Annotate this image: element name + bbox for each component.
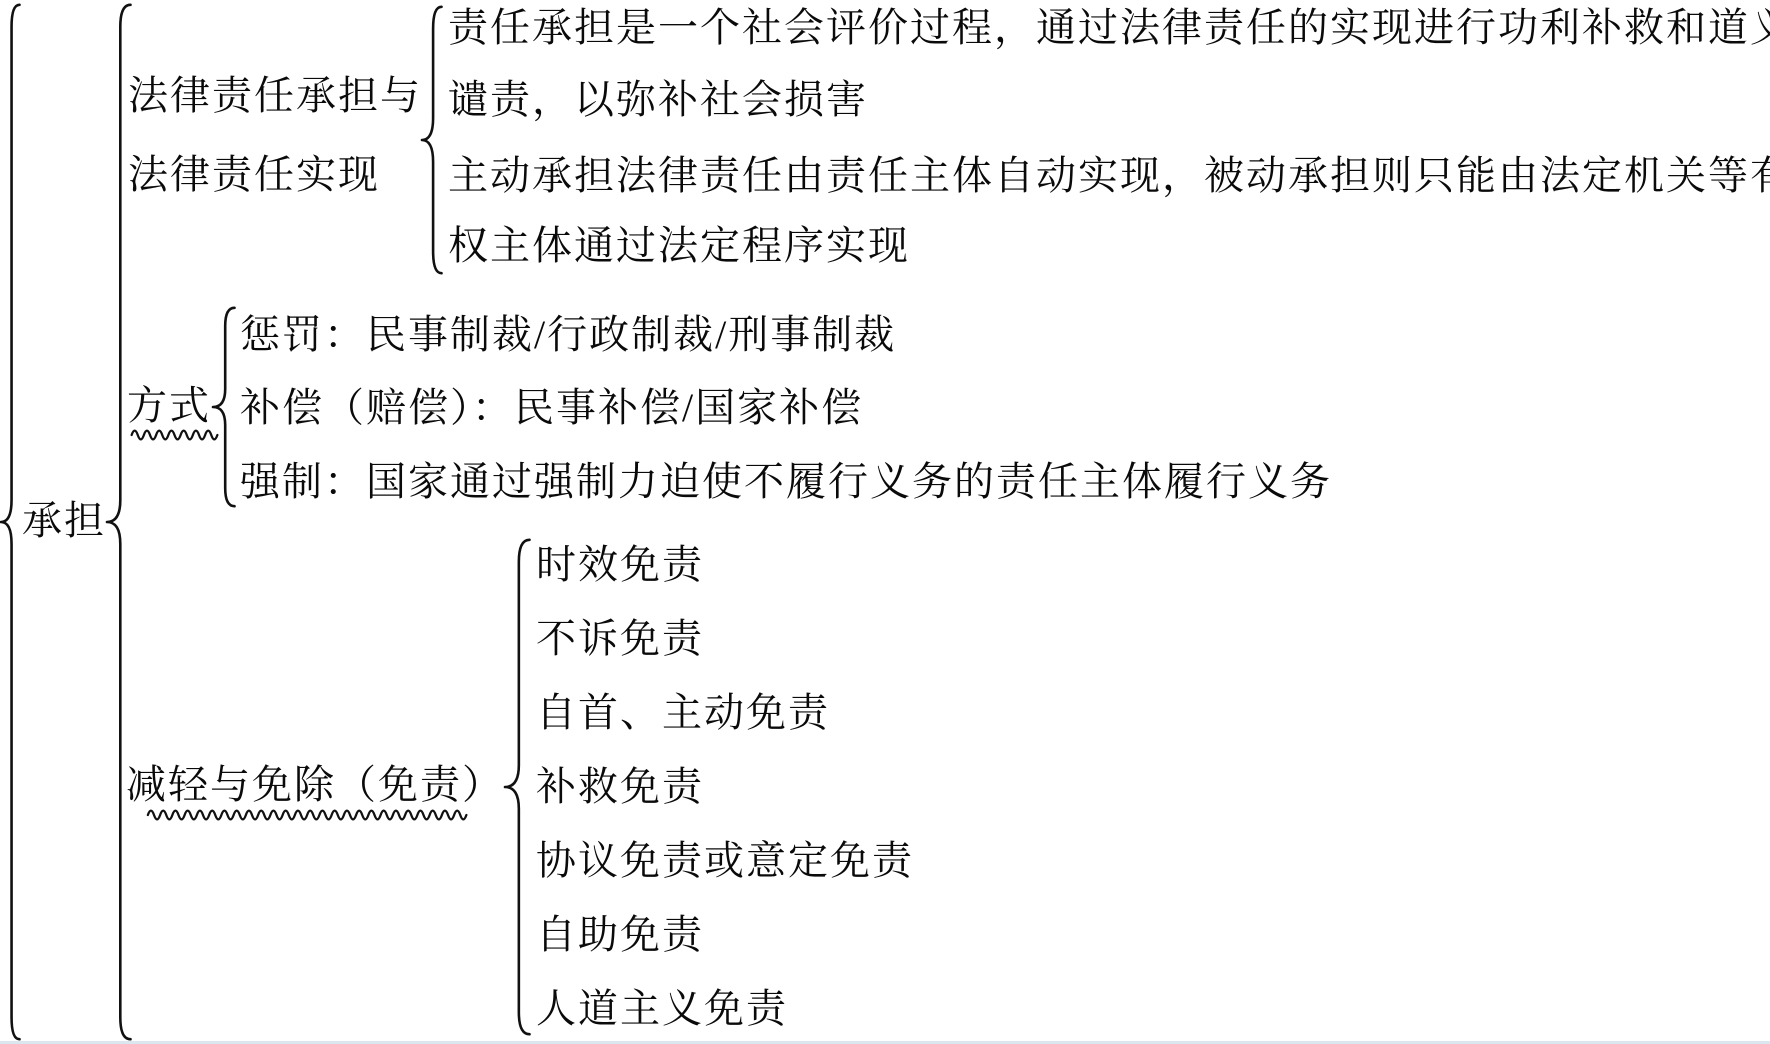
branch3-item: 自助免责 [536, 913, 704, 957]
branch3-item: 协议免责或意定免责 [536, 839, 914, 883]
branch3-item: 补救免责 [536, 765, 704, 809]
branch3-item: 时效免责 [536, 543, 704, 587]
branch3-item: 人道主义免责 [536, 987, 788, 1031]
outer-curly-brace [0, 3, 21, 1041]
branch1-label-line1: 法律责任承担与 [128, 74, 422, 118]
branch3-curly-brace [504, 538, 531, 1036]
branch1-item2-line1: 主动承担法律责任由责任主体自动实现，被动承担则只能由法定机关等有 [448, 154, 1770, 198]
branch1-item1-line2: 谴责，以弥补社会损害 [448, 78, 868, 122]
branch3-item: 自首、主动免责 [536, 691, 830, 735]
branch1-curly-brace [421, 5, 443, 275]
branch1-label-line2: 法律责任实现 [128, 153, 380, 197]
bracket-diagram: 承担 法律责任承担与 法律责任实现 责任承担是一个社会评价过程，通过法律责任的实… [0, 0, 1770, 1044]
wavy-underline [124, 808, 492, 822]
branch1-item1-line1: 责任承担是一个社会评价过程，通过法律责任的实现进行功利补救和道义 [448, 6, 1770, 50]
branch1-item2-line2: 权主体通过法定程序实现 [448, 224, 910, 268]
branch3-item: 不诉免责 [536, 617, 704, 661]
branch2-curly-brace [212, 306, 236, 508]
branch2-item: 惩罚：民事制裁/行政制裁/刑事制裁 [240, 313, 896, 357]
wavy-underline [125, 428, 217, 442]
branch3-label: 减轻与免除（免责） [126, 763, 504, 807]
branch2-item: 补偿（赔偿）：民事补偿/国家补偿 [240, 386, 863, 430]
branch2-item: 强制：国家通过强制力迫使不履行义务的责任主体履行义务 [240, 460, 1332, 504]
branch2-label: 方式 [127, 384, 211, 428]
root-label: 承担 [22, 499, 106, 543]
